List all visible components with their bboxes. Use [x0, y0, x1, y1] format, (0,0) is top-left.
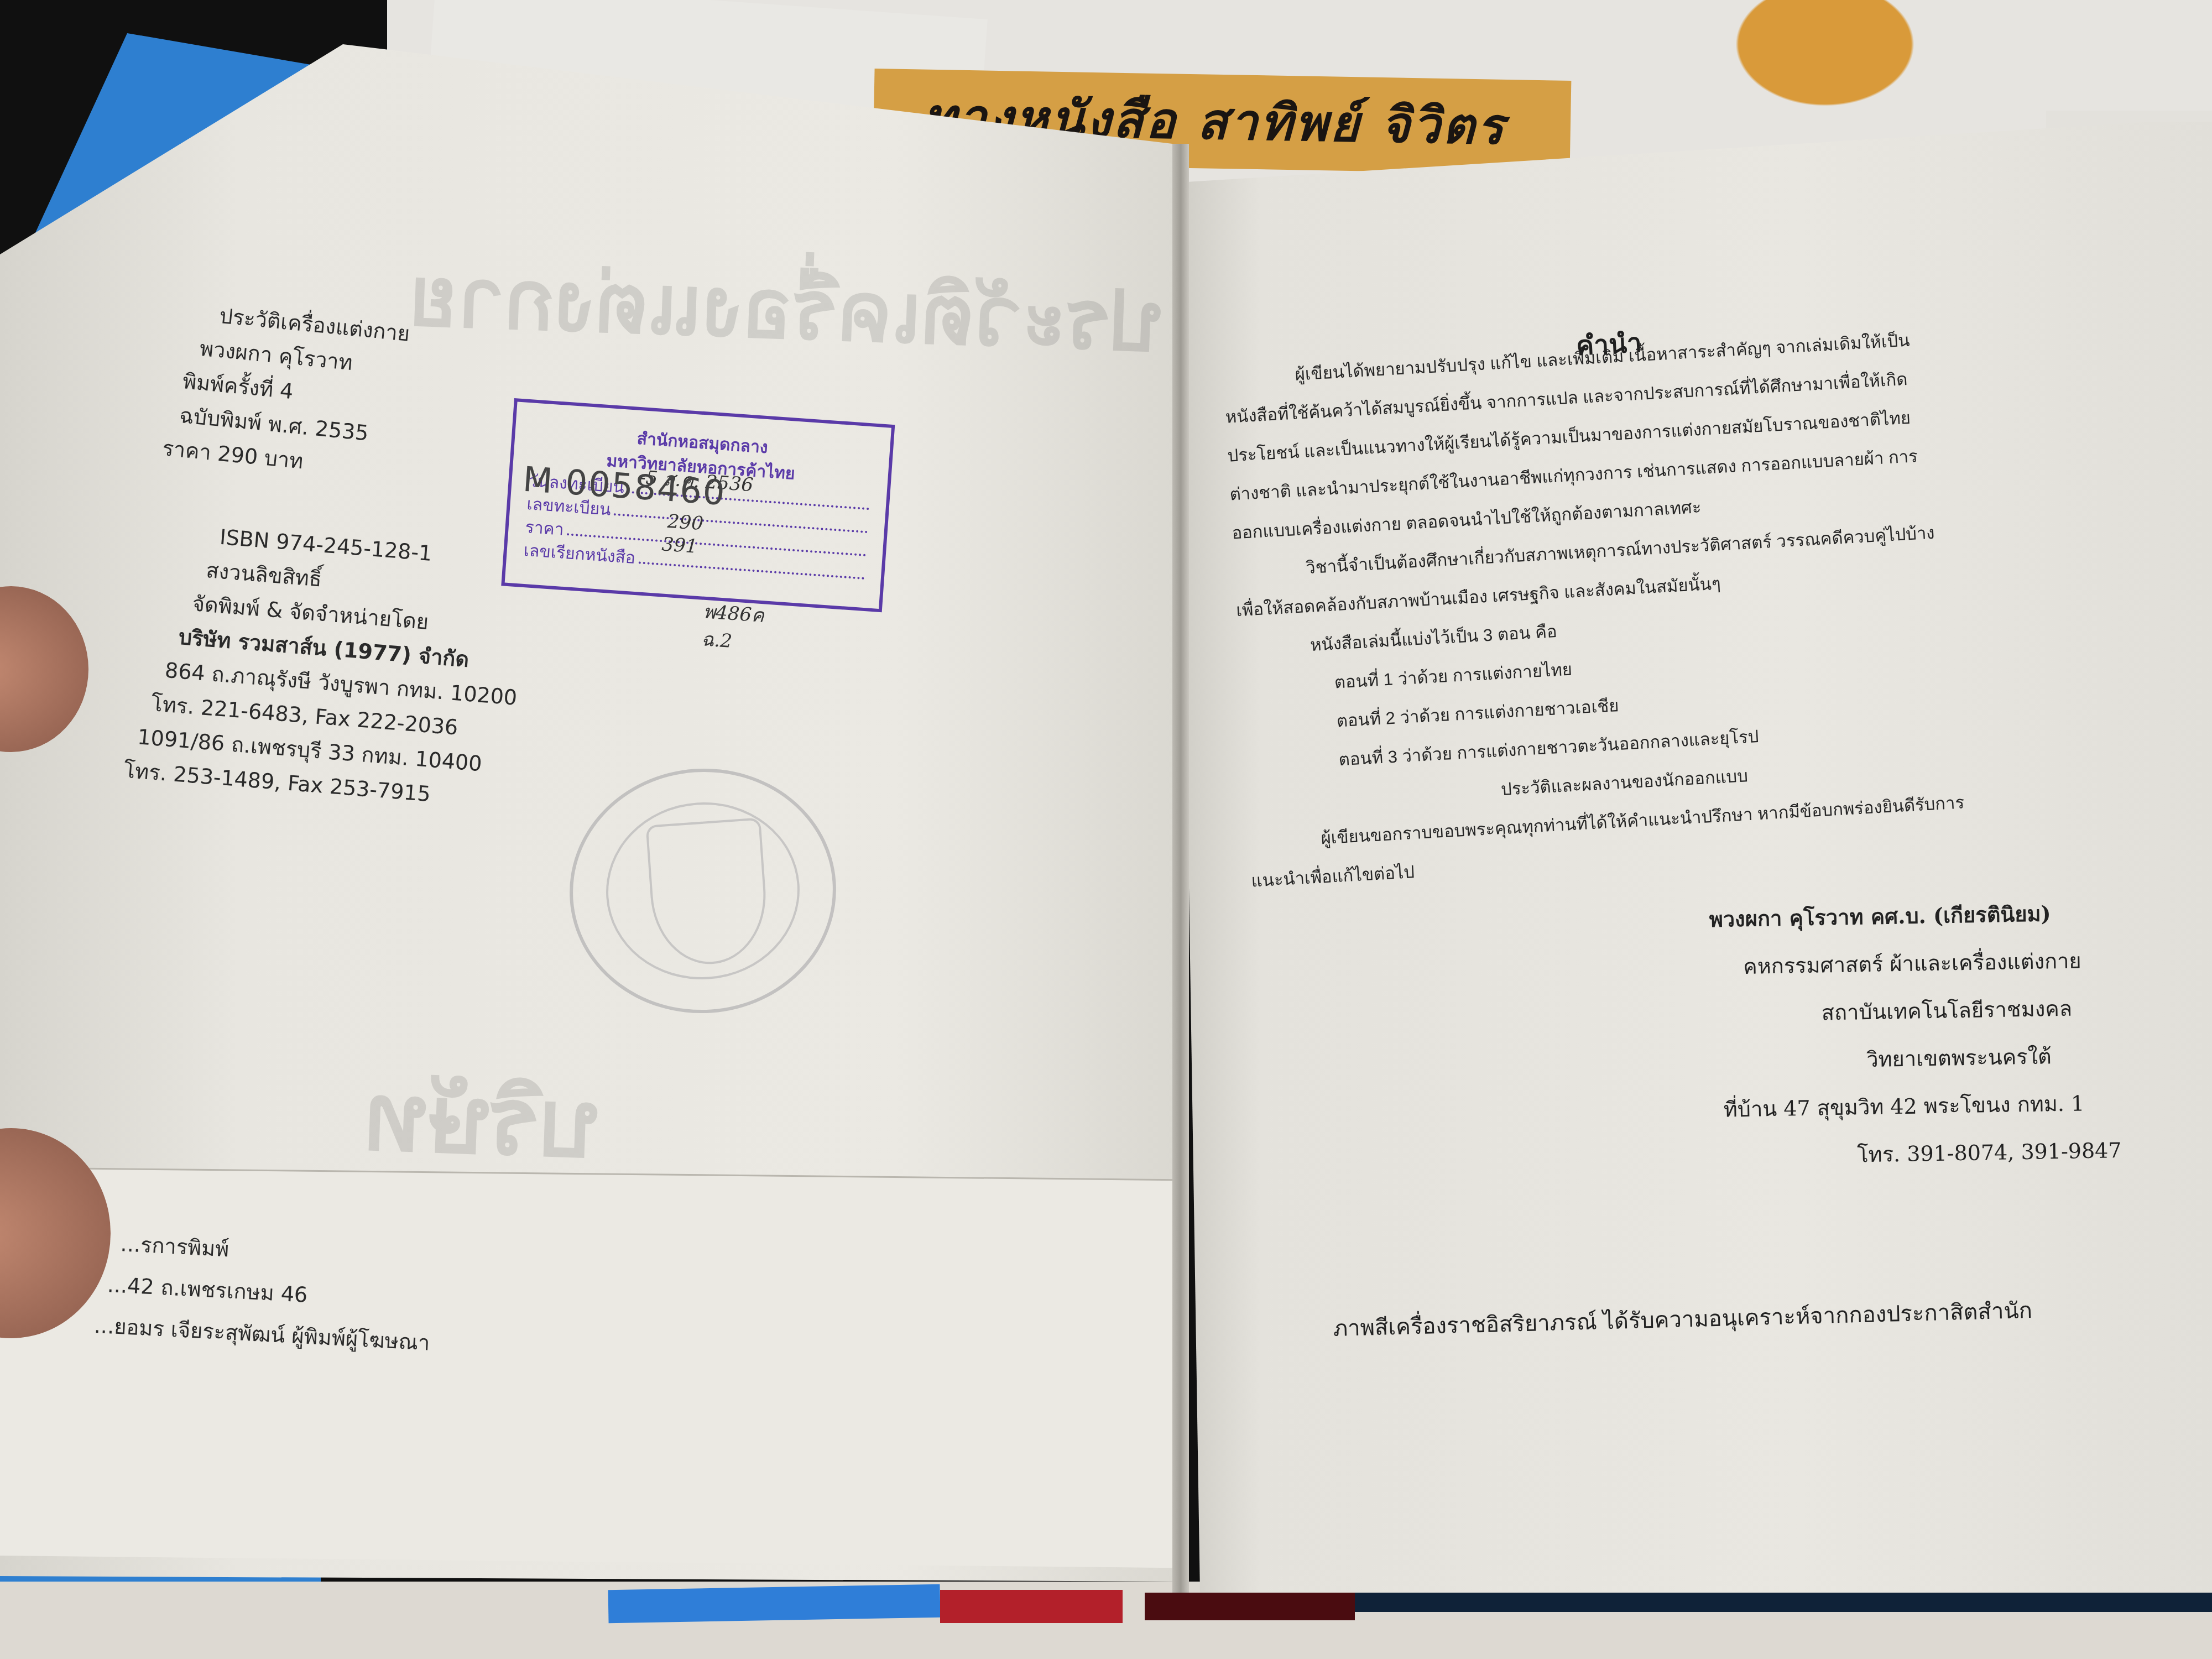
- printer-block: ...รการพิมพ์ ...42 ถ.เพชรเกษม 46 ...ยอมร…: [93, 1222, 435, 1364]
- signature-phone: โทร. 391-8074, 391-9847: [1713, 1126, 2122, 1181]
- signature-address: ที่บ้าน 47 สุขุมวิท 42 พระโขนง กทม. 1: [1712, 1079, 2121, 1134]
- library-stamp: สำนักหอสมุดกลาง มหาวิทยาลัยหอการค้าไทย ว…: [501, 398, 895, 612]
- seal-shield-icon: [646, 817, 770, 968]
- handwritten-call-number: พ486ค ฉ.2: [701, 598, 765, 657]
- stamp-call-value: 391: [661, 533, 698, 557]
- cover-edge-blue: [608, 1584, 941, 1623]
- call-number-line-1: พ486ค: [702, 598, 765, 630]
- cover-edge-red: [940, 1590, 1123, 1623]
- preface-body: ผู้เขียนได้พยายามปรับปรุง แก้ไข และเพิ่ม…: [1222, 310, 2136, 901]
- publisher-block: ISBN 974-245-128-1 สงวนลิขสิทธิ์ จัดพิมพ…: [200, 520, 529, 817]
- signature-institute: สถาบันเทคโนโลยีราชมงคล: [1710, 984, 2120, 1039]
- stamp-price-value: 290: [667, 510, 705, 535]
- signature-campus: วิทยาเขตพระนครใต้: [1712, 1031, 2121, 1086]
- call-number-line-2: ฉ.2: [701, 625, 763, 658]
- author-signature-block: พวงผกา คุโรวาท คศ.บ. (เกียรตินิยม) คหกรร…: [1709, 889, 2122, 1181]
- signature-author: พวงผกา คุโรวาท คศ.บ. (เกียรตินิยม): [1709, 889, 2118, 943]
- cover-edge-darkred: [1145, 1593, 1355, 1620]
- colophon-block: ประวัติเครื่องแต่งกาย พวงผกา คุโรวาท พิม…: [205, 299, 411, 488]
- show-through-title: ประวัติเครื่องแต่งกาย: [407, 230, 1165, 388]
- signature-department: คหกรรมศาสตร์ ผ้าและเครื่องแต่งกาย: [1710, 936, 2119, 991]
- book-spine-gutter: [1172, 144, 1189, 1593]
